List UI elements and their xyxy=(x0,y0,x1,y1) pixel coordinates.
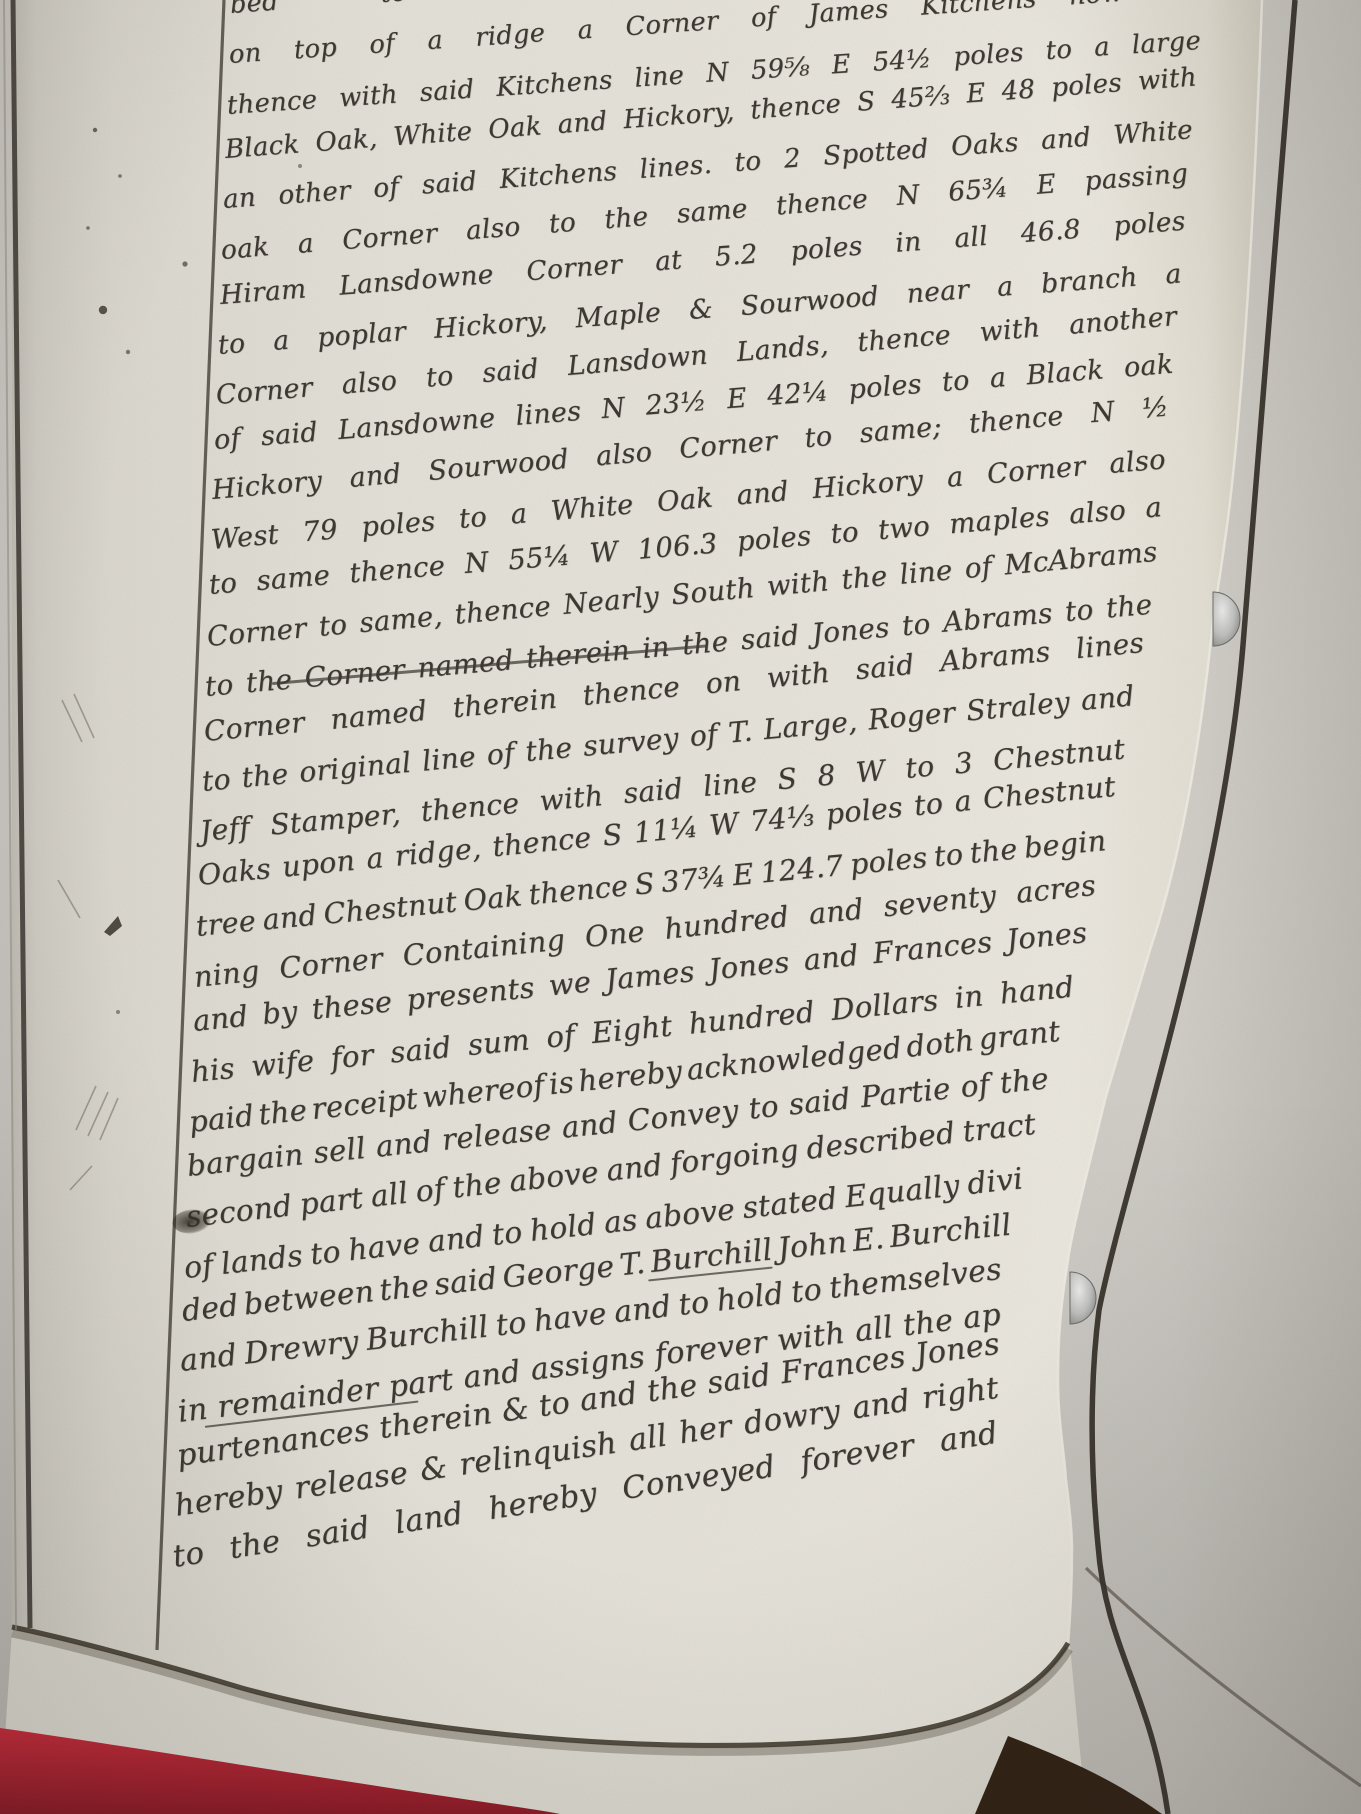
book-photo: bedtoWit.BeginningataPineontopofaridgeaC… xyxy=(0,0,1361,1814)
page-background xyxy=(0,0,1361,1814)
